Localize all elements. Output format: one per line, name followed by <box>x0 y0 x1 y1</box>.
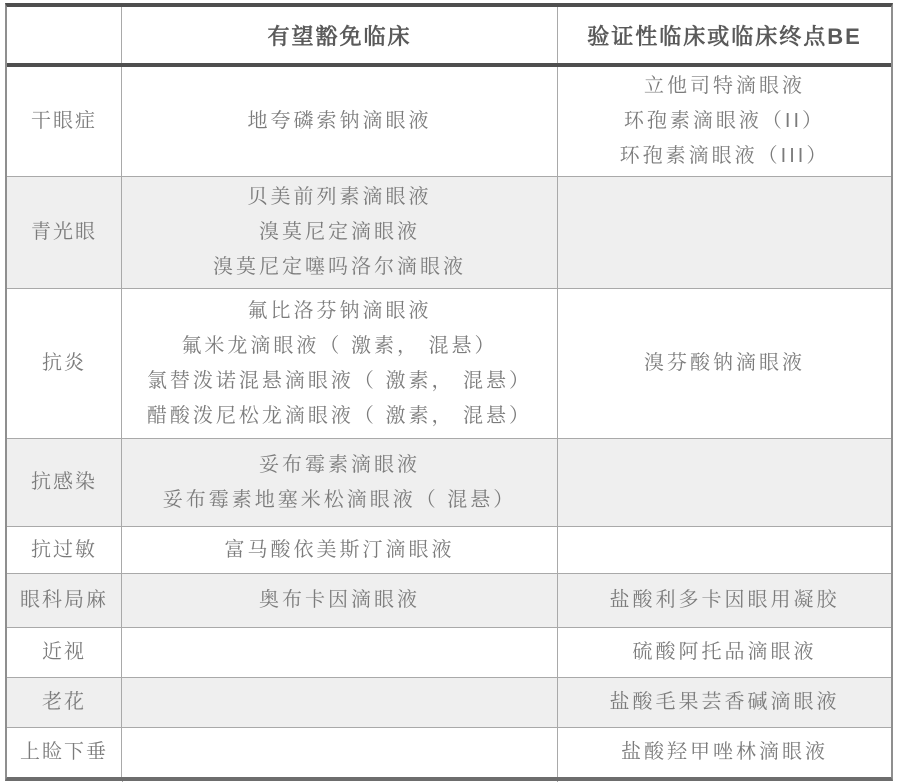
exempt-cell: 地夸磷索钠滴眼液 <box>122 65 558 177</box>
category-cell: 上睑下垂 <box>7 728 122 777</box>
table-row-dry-eye: 干眼症 地夸磷索钠滴眼液 立他司特滴眼液 环孢素滴眼液（II） 环孢素滴眼液（I… <box>7 65 891 177</box>
exempt-cell: 富马酸依美斯汀滴眼液 <box>122 527 558 574</box>
confirmatory-cell: 盐酸毛果芸香碱滴眼液 <box>557 678 891 728</box>
table-frame: 有望豁免临床 验证性临床或临床终点BE 干眼症 地夸磷索钠滴眼液 立他司特滴眼液… <box>5 3 893 781</box>
drug-item: 环孢素滴眼液（III） <box>562 139 887 174</box>
table-row-myopia: 近视 硫酸阿托品滴眼液 <box>7 628 891 678</box>
category-cell: 抗炎 <box>7 289 122 439</box>
drug-item: 立他司特滴眼液 <box>562 69 887 104</box>
exempt-cell <box>122 678 558 728</box>
drug-item: 氯替泼诺混悬滴眼液（ 激素， 混悬） <box>126 364 553 399</box>
drug-item: 妥布霉素地塞米松滴眼液（ 混悬） <box>126 483 553 518</box>
table-row-anti-allergy: 抗过敏 富马酸依美斯汀滴眼液 <box>7 527 891 574</box>
category-cell: 老花 <box>7 678 122 728</box>
drug-item: 溴芬酸钠滴眼液 <box>562 346 887 381</box>
drug-item: 溴莫尼定滴眼液 <box>126 215 553 250</box>
drug-item: 贝美前列素滴眼液 <box>126 180 553 215</box>
confirmatory-cell: 立他司特滴眼液 环孢素滴眼液（II） 环孢素滴眼液（III） <box>557 65 891 177</box>
confirmatory-cell: 盐酸羟甲唑林滴眼液 <box>557 728 891 777</box>
table-row-glaucoma: 青光眼 贝美前列素滴眼液 溴莫尼定滴眼液 溴莫尼定噻吗洛尔滴眼液 <box>7 177 891 289</box>
category-cell: 眼科局麻 <box>7 574 122 628</box>
drug-item: 硫酸阿托品滴眼液 <box>562 635 887 670</box>
confirmatory-cell <box>557 439 891 527</box>
drug-item: 盐酸利多卡因眼用凝胶 <box>562 583 887 618</box>
confirmatory-cell: 溴芬酸钠滴眼液 <box>557 289 891 439</box>
header-confirmatory-clinical: 验证性临床或临床终点BE <box>557 7 891 65</box>
category-cell: 抗感染 <box>7 439 122 527</box>
drug-item: 妥布霉素滴眼液 <box>126 448 553 483</box>
drug-item: 奥布卡因滴眼液 <box>126 583 553 618</box>
table-row-ptosis: 上睑下垂 盐酸羟甲唑林滴眼液 <box>7 728 891 777</box>
confirmatory-cell <box>557 527 891 574</box>
exempt-cell: 奥布卡因滴眼液 <box>122 574 558 628</box>
drug-item: 溴莫尼定噻吗洛尔滴眼液 <box>126 250 553 285</box>
category-cell: 近视 <box>7 628 122 678</box>
header-category <box>7 7 122 65</box>
table-row-ocular-anesthesia: 眼科局麻 奥布卡因滴眼液 盐酸利多卡因眼用凝胶 <box>7 574 891 628</box>
table-row-anti-infective: 抗感染 妥布霉素滴眼液 妥布霉素地塞米松滴眼液（ 混悬） <box>7 439 891 527</box>
exempt-cell: 妥布霉素滴眼液 妥布霉素地塞米松滴眼液（ 混悬） <box>122 439 558 527</box>
drug-item: 醋酸泼尼松龙滴眼液（ 激素， 混悬） <box>126 399 553 434</box>
confirmatory-cell: 盐酸利多卡因眼用凝胶 <box>557 574 891 628</box>
header-exempt-clinical: 有望豁免临床 <box>122 7 558 65</box>
exempt-cell: 贝美前列素滴眼液 溴莫尼定滴眼液 溴莫尼定噻吗洛尔滴眼液 <box>122 177 558 289</box>
drug-item: 氟比洛芬钠滴眼液 <box>126 294 553 329</box>
drug-item: 氟米龙滴眼液（ 激素， 混悬） <box>126 329 553 364</box>
table-row-presbyopia: 老花 盐酸毛果芸香碱滴眼液 <box>7 678 891 728</box>
drug-item: 富马酸依美斯汀滴眼液 <box>126 533 553 568</box>
drug-item: 盐酸羟甲唑林滴眼液 <box>562 735 887 770</box>
exempt-cell: 氟比洛芬钠滴眼液 氟米龙滴眼液（ 激素， 混悬） 氯替泼诺混悬滴眼液（ 激素， … <box>122 289 558 439</box>
header-row: 有望豁免临床 验证性临床或临床终点BE <box>7 7 891 65</box>
drug-item: 环孢素滴眼液（II） <box>562 104 887 139</box>
exempt-cell <box>122 628 558 678</box>
confirmatory-cell: 硫酸阿托品滴眼液 <box>557 628 891 678</box>
confirmatory-cell <box>557 177 891 289</box>
category-cell: 干眼症 <box>7 65 122 177</box>
ophthalmic-drug-table-page: 有望豁免临床 验证性临床或临床终点BE 干眼症 地夸磷索钠滴眼液 立他司特滴眼液… <box>0 0 897 782</box>
category-cell: 抗过敏 <box>7 527 122 574</box>
drug-item: 地夸磷索钠滴眼液 <box>126 104 553 139</box>
table-row-anti-inflammatory: 抗炎 氟比洛芬钠滴眼液 氟米龙滴眼液（ 激素， 混悬） 氯替泼诺混悬滴眼液（ 激… <box>7 289 891 439</box>
drug-item: 盐酸毛果芸香碱滴眼液 <box>562 685 887 720</box>
exempt-cell <box>122 728 558 777</box>
ophthalmic-drug-table: 有望豁免临床 验证性临床或临床终点BE 干眼症 地夸磷索钠滴眼液 立他司特滴眼液… <box>7 7 891 777</box>
category-cell: 青光眼 <box>7 177 122 289</box>
